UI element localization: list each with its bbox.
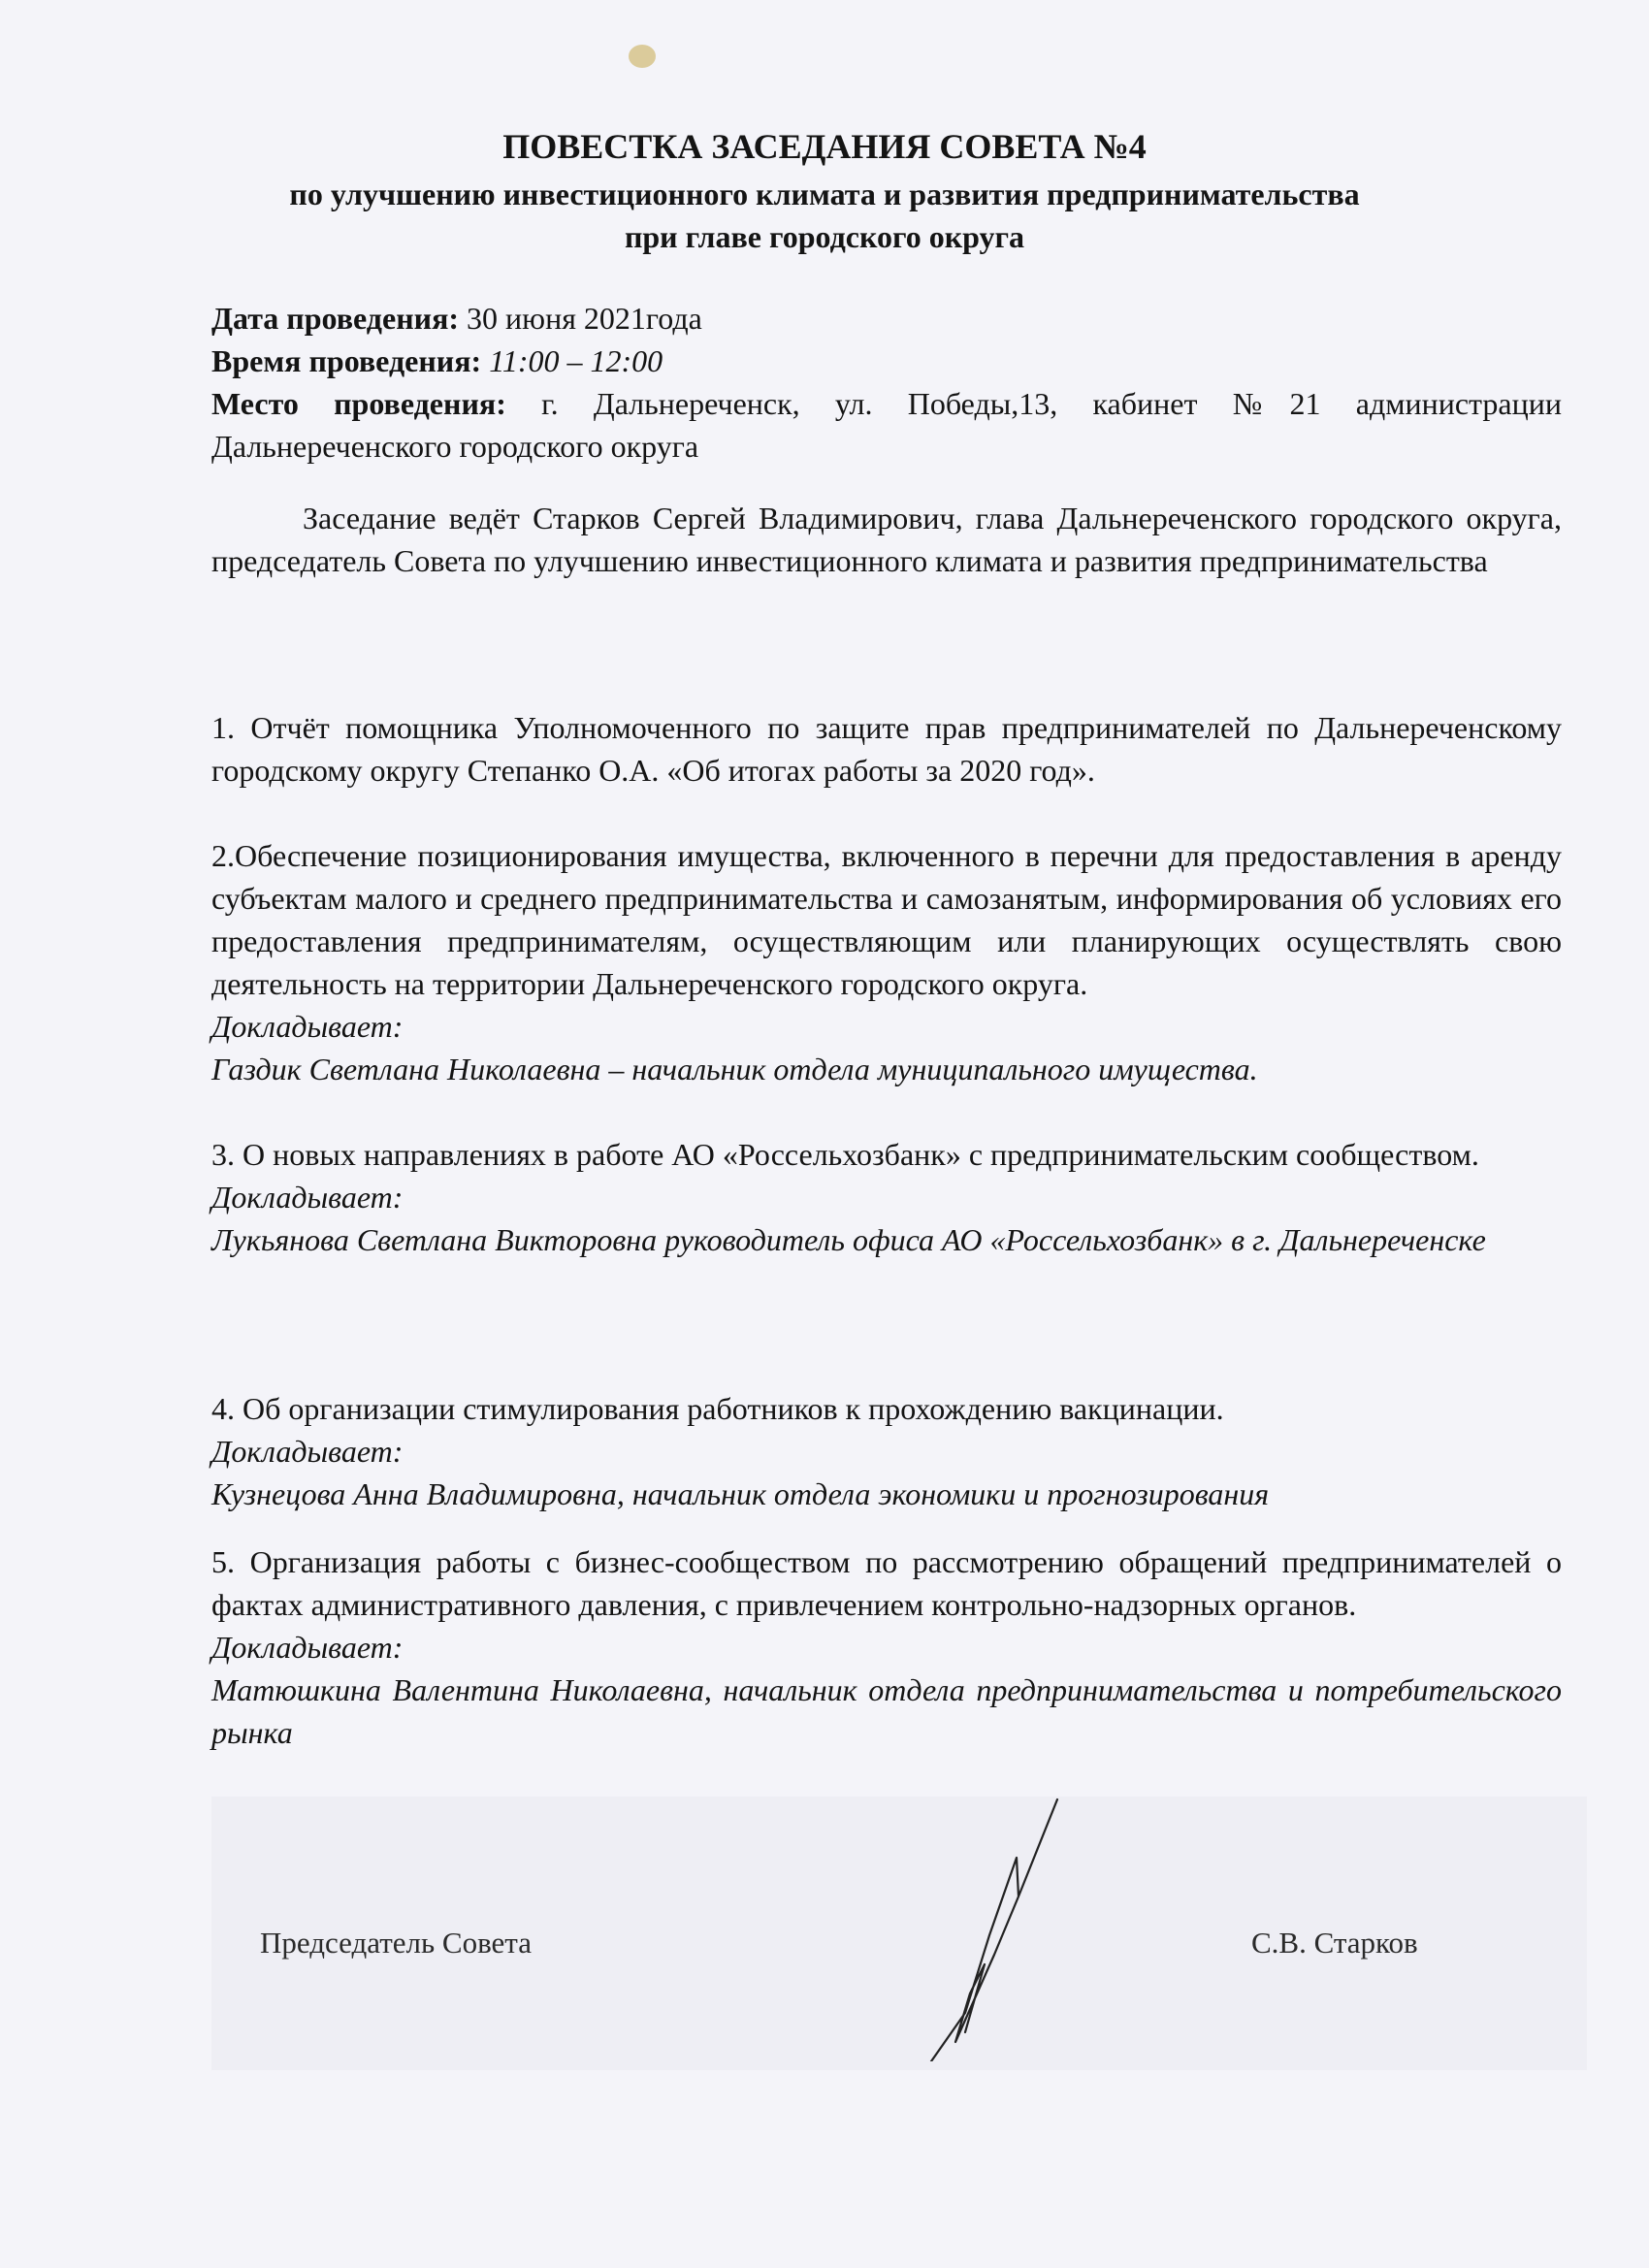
agenda-item-2: 2.Обеспечение позиционирования имущества… <box>211 834 1562 1090</box>
document-subtitle-2: при главе городского округа <box>0 219 1649 255</box>
signatory-name: С.В. Старков <box>1251 1926 1418 1960</box>
handwritten-signature-icon <box>873 1790 1086 2061</box>
paper-stain <box>629 45 656 68</box>
reporter: Кузнецова Анна Владимировна, начальник о… <box>211 1473 1562 1515</box>
agenda-item-3: 3. О новых направлениях в работе АО «Рос… <box>211 1133 1562 1261</box>
agenda-item-1: 1. Отчёт помощника Уполномоченного по за… <box>211 706 1562 792</box>
signatory-position: Председатель Совета <box>260 1926 532 1960</box>
reporter: Матюшкина Валентина Николаевна, начальни… <box>211 1669 1562 1754</box>
intro-paragraph: Заседание ведёт Старков Сергей Владимиро… <box>211 497 1562 582</box>
meeting-place: Место проведения: г. Дальнереченск, ул. … <box>211 382 1562 468</box>
reporter-label: Докладывает: <box>211 1626 1562 1669</box>
meeting-date: Дата проведения: 30 июня 2021года <box>211 297 1562 340</box>
reporter-label: Докладывает: <box>211 1430 1562 1473</box>
document-page: ПОВЕСТКА ЗАСЕДАНИЯ СОВЕТА №4 по улучшени… <box>0 0 1649 2268</box>
agenda-item-4: 4. Об организации стимулирования работни… <box>211 1387 1562 1515</box>
reporter-label: Докладывает: <box>211 1176 1562 1218</box>
agenda-item-5: 5. Организация работы с бизнес-сообществ… <box>211 1540 1562 1754</box>
meeting-meta: Дата проведения: 30 июня 2021года Время … <box>211 297 1562 468</box>
reporter: Газдик Светлана Николаевна – начальник о… <box>211 1048 1562 1090</box>
meeting-time: Время проведения: 11:00 – 12:00 <box>211 340 1562 382</box>
document-subtitle-1: по улучшению инвестиционного климата и р… <box>0 177 1649 212</box>
document-title: ПОВЕСТКА ЗАСЕДАНИЯ СОВЕТА №4 <box>0 126 1649 167</box>
reporter: Лукьянова Светлана Викторовна руководите… <box>211 1218 1562 1261</box>
reporter-label: Докладывает: <box>211 1005 1562 1048</box>
